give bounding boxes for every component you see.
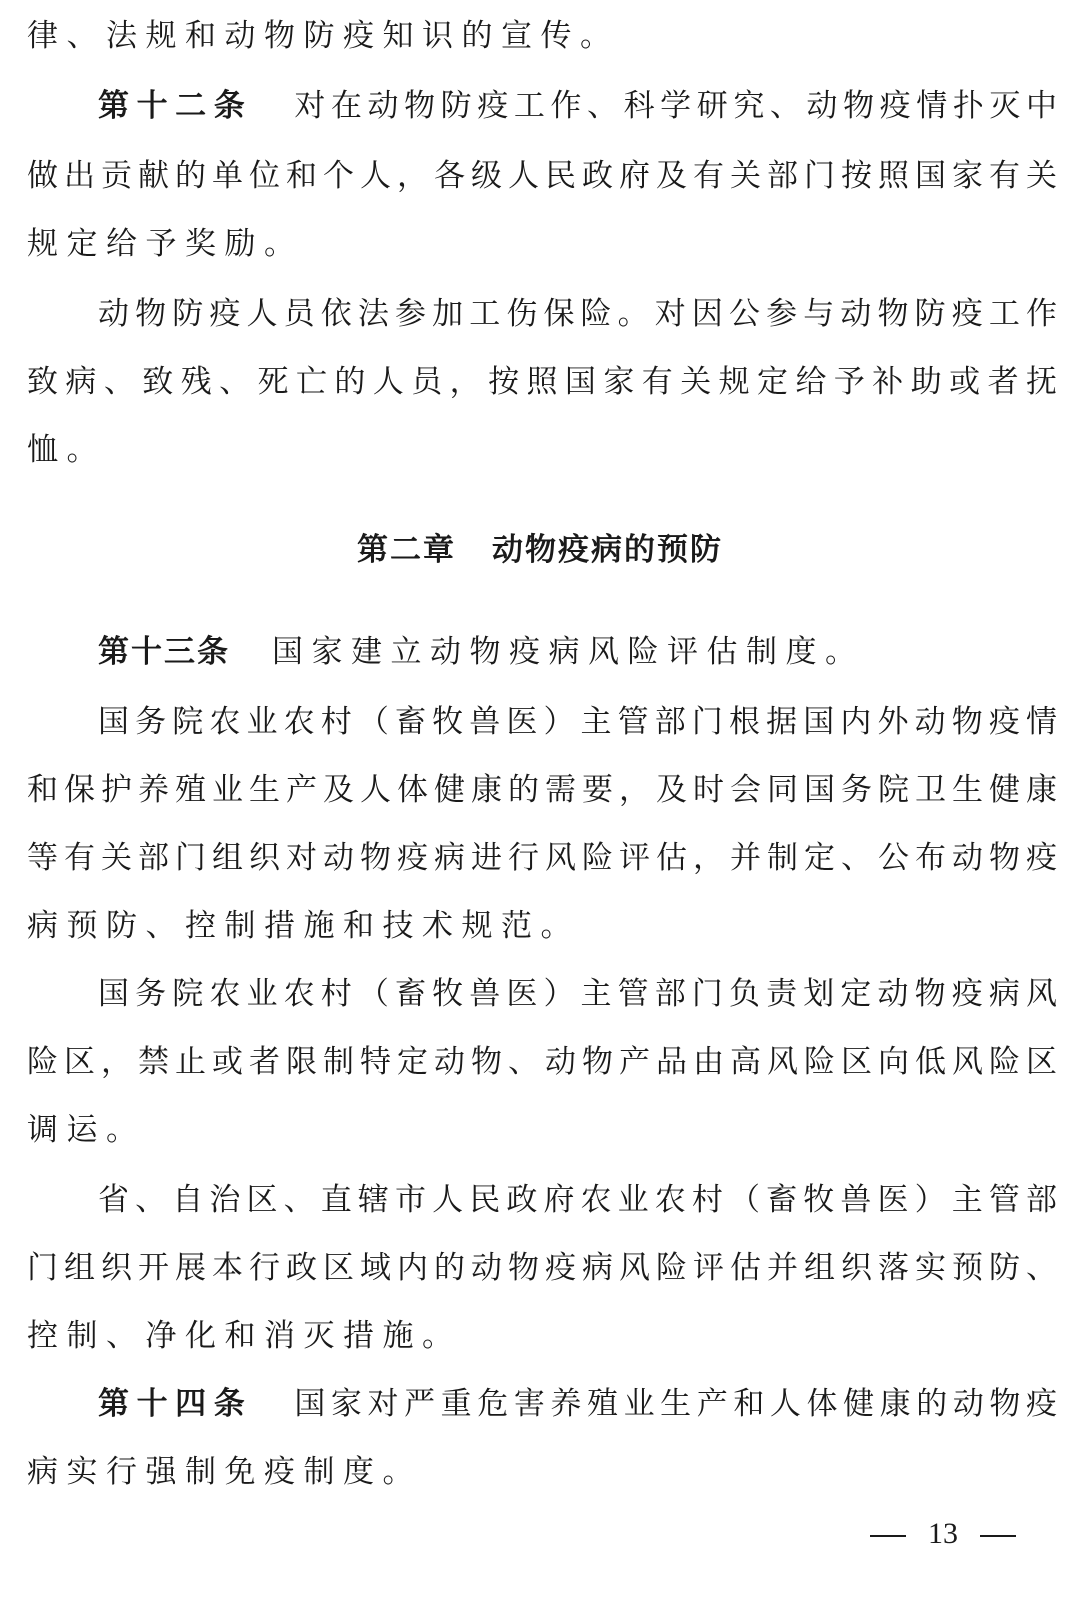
article-text: 国家建立动物疫病风险评估制度。 [272, 634, 865, 670]
text-line: 规定给予奖励。 [27, 220, 1057, 268]
paragraph-first-line: 动物防疫人员依法参加工伤保险。对因公参与动物防疫工作 [98, 290, 1057, 338]
article-text: 对在动物防疫工作、科学研究、动物疫情扑灭中 [294, 88, 1057, 124]
article-heading: 第十三条 [98, 634, 230, 670]
text-line: 致病、致残、死亡的人员，按照国家有关规定给予补助或者抚 [27, 358, 1057, 406]
paragraph-first-line: 省、自治区、直辖市人民政府农业农村（畜牧兽医）主管部 [98, 1176, 1057, 1224]
paragraph-first-line: 国务院农业农村（畜牧兽医）主管部门负责划定动物疫病风 [98, 970, 1057, 1018]
article-heading: 第十四条 [98, 1386, 252, 1422]
text-line: 控制、净化和消灭措施。 [27, 1312, 1057, 1360]
article-text: 国家对严重危害养殖业生产和人体健康的动物疫 [294, 1386, 1057, 1422]
chapter-title: 动物疫病的预防 [492, 532, 723, 568]
text-line: 调运。 [27, 1106, 1057, 1154]
article-14-first-line: 第十四条国家对严重危害养殖业生产和人体健康的动物疫 [98, 1380, 1057, 1428]
dash-decoration [870, 1535, 906, 1537]
dash-decoration [980, 1535, 1016, 1537]
page-number: 13 [870, 1514, 1016, 1554]
chapter-heading: 第二章动物疫病的预防 [0, 526, 1080, 574]
text-line: 和保护养殖业生产及人体健康的需要，及时会同国务院卫生健康 [27, 766, 1057, 814]
article-heading: 第十二条 [98, 88, 252, 124]
text-line: 病实行强制免疫制度。 [27, 1448, 1057, 1496]
text-line: 险区，禁止或者限制特定动物、动物产品由高风险区向低风险区 [27, 1038, 1057, 1086]
text-line: 恤。 [27, 426, 1057, 474]
article-12-first-line: 第十二条对在动物防疫工作、科学研究、动物疫情扑灭中 [98, 82, 1057, 130]
text-line: 律、法规和动物防疫知识的宣传。 [27, 12, 1057, 60]
page-number-value: 13 [928, 1517, 958, 1550]
chapter-number: 第二章 [357, 532, 456, 568]
text-line: 门组织开展本行政区域内的动物疫病风险评估并组织落实预防、 [27, 1244, 1057, 1292]
article-13-first-line: 第十三条国家建立动物疫病风险评估制度。 [98, 628, 1057, 676]
text-line: 做出贡献的单位和个人，各级人民政府及有关部门按照国家有关 [27, 152, 1057, 200]
paragraph-first-line: 国务院农业农村（畜牧兽医）主管部门根据国内外动物疫情 [98, 698, 1057, 746]
text-line: 病预防、控制措施和技术规范。 [27, 902, 1057, 950]
text-line: 等有关部门组织对动物疫病进行风险评估，并制定、公布动物疫 [27, 834, 1057, 882]
